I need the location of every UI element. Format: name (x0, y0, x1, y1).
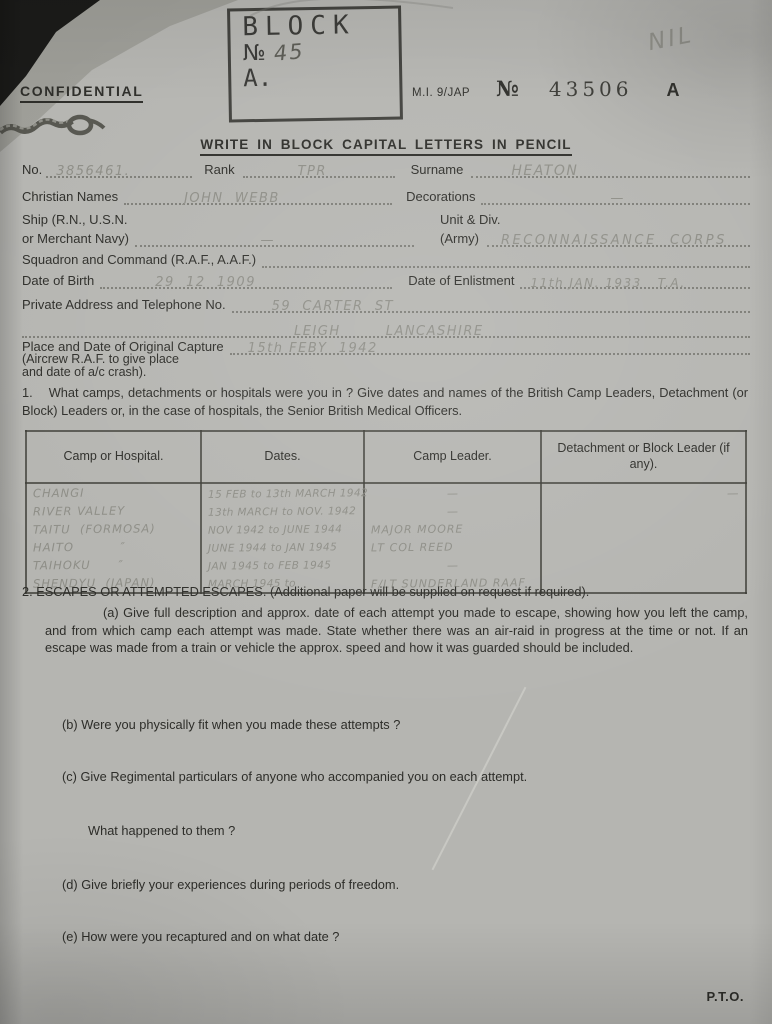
capture-value: 15th FEBY 1942 (248, 341, 378, 356)
address-value-line2: LEIGH LANCASHIRE (294, 324, 484, 339)
address-label: Private Address and Telephone No. (22, 297, 226, 313)
block-leader-value: — (726, 486, 739, 500)
question-2d: (d) Give briefly your experiences during… (62, 876, 742, 894)
row-address-2: LEIGH LANCASHIRE (22, 321, 750, 338)
row-number-rank-surname: No. 3856461. Rank TPR Surname HEATON (22, 161, 750, 178)
stamp-number-handwritten: 45 (273, 40, 306, 65)
nil-annotation: NIL (646, 22, 696, 56)
question-2-heading: 2. ESCAPES OR ATTEMPTED ESCAPES. (Additi… (22, 583, 748, 601)
christian-names-field: JOHN WEBB (124, 188, 392, 205)
address-field-2: LEIGH LANCASHIRE (22, 321, 750, 338)
ship-field: — (135, 230, 414, 247)
camps-table: Camp or Hospital. Dates. Camp Leader. De… (25, 430, 747, 594)
christian-names-label: Christian Names (22, 189, 118, 205)
decorations-label: Decorations (406, 189, 475, 205)
question-1: 1.What camps, detachments or hospitals w… (22, 384, 748, 419)
decorations-field: — (481, 188, 750, 205)
header-block-leader: Detachment or Block Leader (if any). (541, 431, 746, 483)
dates-value: JUNE 1944 to JAN 1945 (208, 541, 337, 554)
squadron-field (262, 251, 750, 268)
form-serial-header: M.I. 9/JAP № 43506 A (412, 76, 680, 101)
leader-value: LT COL REED (371, 541, 454, 555)
leader-value: — (446, 505, 458, 518)
table-row: TAIHOKU ″ JAN 1945 to FEB 1945 — (26, 556, 746, 574)
capture-label-line2: (Aircrew R.A.F. to give place (22, 352, 179, 366)
table-row: HAITO ″ JUNE 1944 to JAN 1945 LT COL REE… (26, 538, 746, 556)
header-camp-leader: Camp Leader. (364, 431, 541, 483)
header-dates: Dates. (201, 431, 364, 483)
camp-value: HAITO ″ (33, 540, 126, 555)
unit-div-value: RECONNAISSANCE CORPS (501, 233, 727, 248)
dob-value: 29 12 1909 (155, 275, 256, 290)
rank-label: Rank (204, 162, 234, 178)
no-label: No. (22, 162, 42, 178)
block-number-stamp: BLOCK № 45 A. (227, 5, 403, 122)
rank-value: TPR (298, 164, 327, 179)
row-dob-enlistment: Date of Birth 29 12 1909 Date of Enlistm… (22, 272, 750, 289)
christian-names-value: JOHN WEBB (184, 191, 280, 206)
unit-div-label-line2: (Army) (440, 231, 479, 247)
question-2e: (e) How were you recaptured and on what … (62, 928, 742, 946)
question-1-number: 1. (22, 385, 33, 400)
dates-value: JAN 1945 to FEB 1945 (208, 559, 331, 572)
camp-value: TAIHOKU ″ (33, 558, 124, 573)
no-value: 3856461. (56, 164, 130, 179)
surname-label: Surname (411, 162, 464, 178)
serial-letter: A (667, 80, 680, 101)
leader-value: — (446, 487, 458, 500)
leader-value: MAJOR MOORE (371, 523, 464, 537)
pto-marking: P.T.O. (707, 989, 744, 1004)
dob-field: 29 12 1909 (100, 272, 392, 289)
camp-value: RIVER VALLEY (33, 504, 125, 519)
address-value-line1: 59 CARTER ST (272, 299, 394, 314)
serial-number: 43506 (549, 77, 633, 101)
question-1-text: What camps, detachments or hospitals wer… (22, 385, 748, 418)
decorations-value: — (610, 191, 625, 206)
capture-label-line3: and date of a/c crash). (22, 365, 146, 379)
unit-div-label-line1: Unit & Div. (440, 212, 750, 228)
enlistment-value: 11th JAN. 1933 T.A. (530, 276, 685, 290)
table-row: RIVER VALLEY 13th MARCH to NOV. 1942 — (26, 502, 746, 520)
pencil-scrawl-icon (248, 0, 458, 18)
dob-label: Date of Birth (22, 273, 94, 289)
table-row: CHANGI 15 FEB to 13th MARCH 1942 — — (26, 483, 746, 502)
stamp-letter: A. (243, 62, 389, 92)
dates-value: 13th MARCH to NOV. 1942 (208, 505, 356, 519)
no-field: 3856461. (46, 161, 192, 178)
surname-field: HEATON (471, 161, 750, 178)
form-title: WRITE IN BLOCK CAPITAL LETTERS IN PENCIL (0, 136, 772, 154)
confidential-marking: CONFIDENTIAL (20, 83, 143, 103)
camp-value: TAITU (FORMOSA) (33, 521, 156, 536)
table-row: TAITU (FORMOSA) NOV 1942 to JUNE 1944 MA… (26, 520, 746, 538)
header-camp-or-hospital: Camp or Hospital. (26, 431, 201, 483)
ship-label-line2: or Merchant Navy) (22, 231, 129, 247)
row-christian-decorations: Christian Names JOHN WEBB Decorations — (22, 188, 750, 205)
enlistment-label: Date of Enlistment (408, 273, 514, 289)
camps-table-header-row: Camp or Hospital. Dates. Camp Leader. De… (26, 431, 746, 483)
stamp-no-label: № (243, 41, 266, 64)
surname-value: HEATON (511, 163, 578, 179)
unit-div-field: RECONNAISSANCE CORPS (487, 230, 750, 247)
row-ship-unit: Ship (R.N., U.S.N. or Merchant Navy) — U… (22, 212, 750, 247)
dates-value: NOV 1942 to JUNE 1944 (208, 523, 342, 536)
dates-value: 15 FEB to 13th MARCH 1942 (208, 487, 368, 501)
question-2c-followup: What happened to them ? (88, 822, 738, 840)
enlistment-field: 11th JAN. 1933 T.A. (520, 272, 750, 289)
question-2b: (b) Were you physically fit when you mad… (62, 716, 742, 734)
scanned-pow-form: BLOCK № 45 A. CONFIDENTIAL M.I. 9/JAP № … (0, 0, 772, 1024)
treasury-tag-string-icon (0, 110, 115, 148)
question-2a: (a) Give full description and approx. da… (45, 604, 748, 657)
leader-value: — (446, 559, 458, 572)
address-field: 59 CARTER ST (232, 296, 750, 313)
question-2c: (c) Give Regimental particulars of anyon… (62, 768, 742, 786)
rank-field: TPR (243, 161, 395, 178)
squadron-label: Squadron and Command (R.A.F., A.A.F.) (22, 252, 256, 268)
capture-field: 15th FEBY 1942 (230, 338, 750, 355)
camp-value: CHANGI (33, 486, 85, 501)
ship-value: — (261, 233, 276, 248)
serial-no-label: № (496, 76, 519, 101)
row-address: Private Address and Telephone No. 59 CAR… (22, 296, 750, 313)
mi9-label: M.I. 9/JAP (412, 87, 470, 99)
row-squadron: Squadron and Command (R.A.F., A.A.F.) (22, 251, 750, 268)
ship-label-line1: Ship (R.N., U.S.N. (22, 212, 414, 228)
